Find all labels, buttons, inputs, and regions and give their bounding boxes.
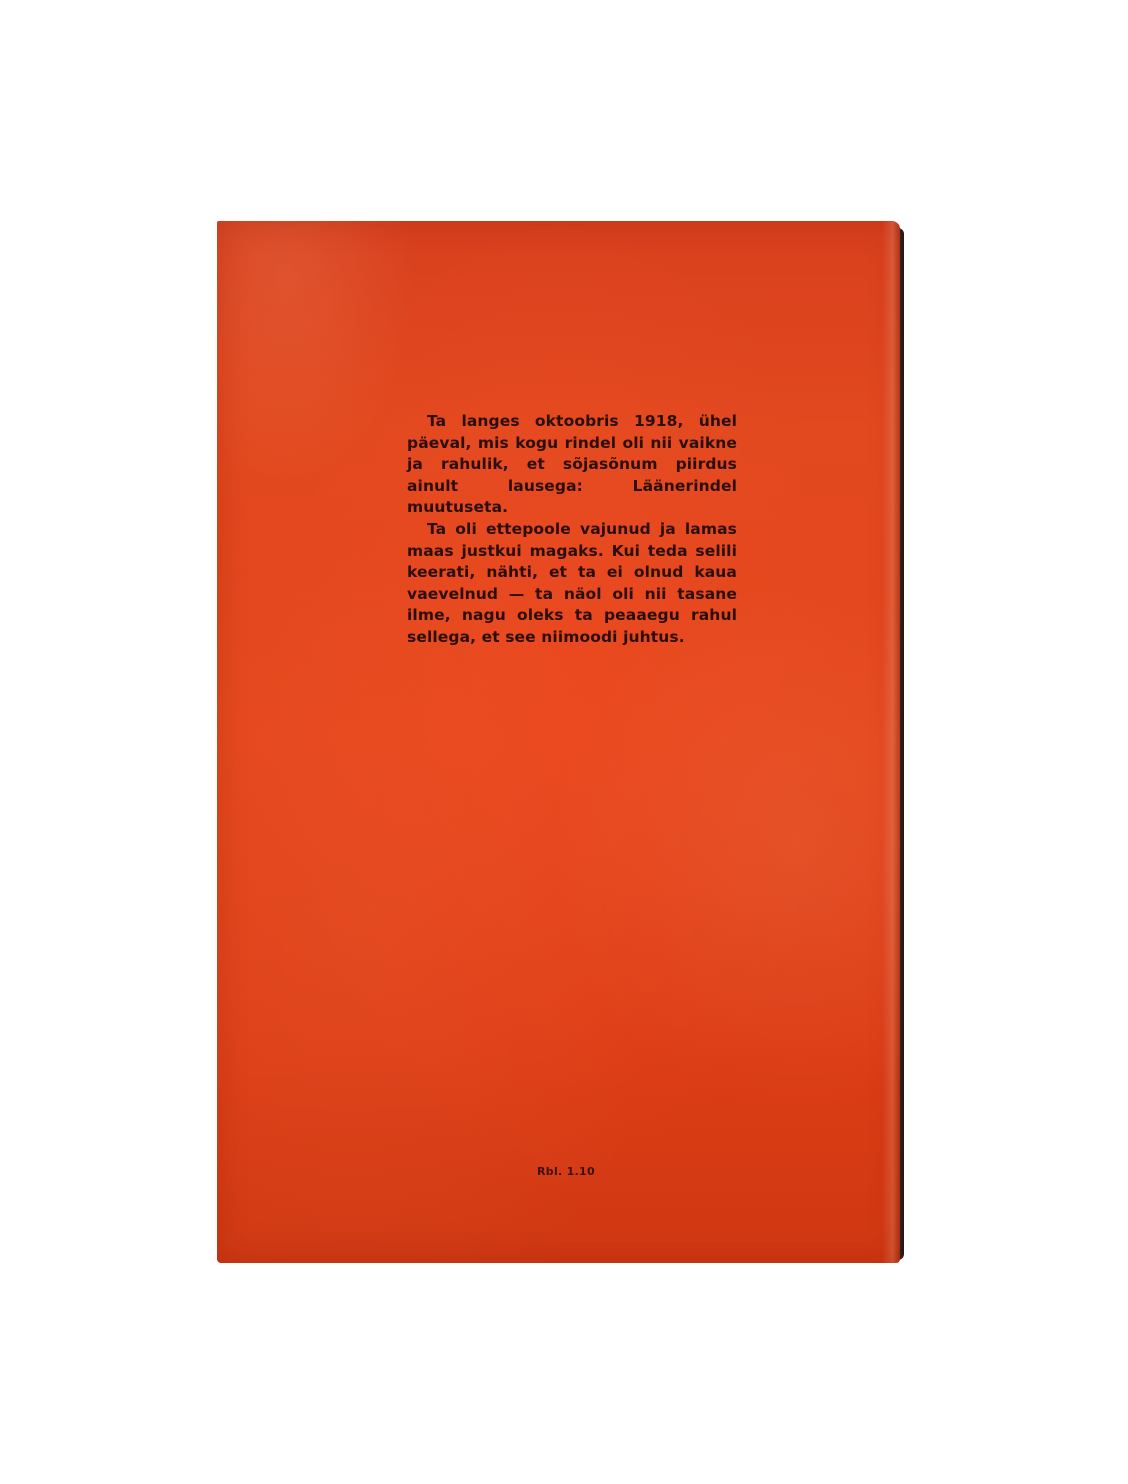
blurb-paragraph-2: Ta oli ettepoole vajunud ja lamas maas j… bbox=[407, 519, 737, 649]
blurb-paragraph-1: Ta langes oktoobris 1918, ühel päeval, m… bbox=[407, 411, 737, 519]
back-cover-blurb: Ta langes oktoobris 1918, ühel päeval, m… bbox=[407, 411, 737, 649]
price-label: Rbl. 1.10 bbox=[537, 1165, 595, 1178]
photo-background: Ta langes oktoobris 1918, ühel päeval, m… bbox=[0, 0, 1128, 1484]
book-back-cover: Ta langes oktoobris 1918, ühel päeval, m… bbox=[217, 221, 900, 1263]
